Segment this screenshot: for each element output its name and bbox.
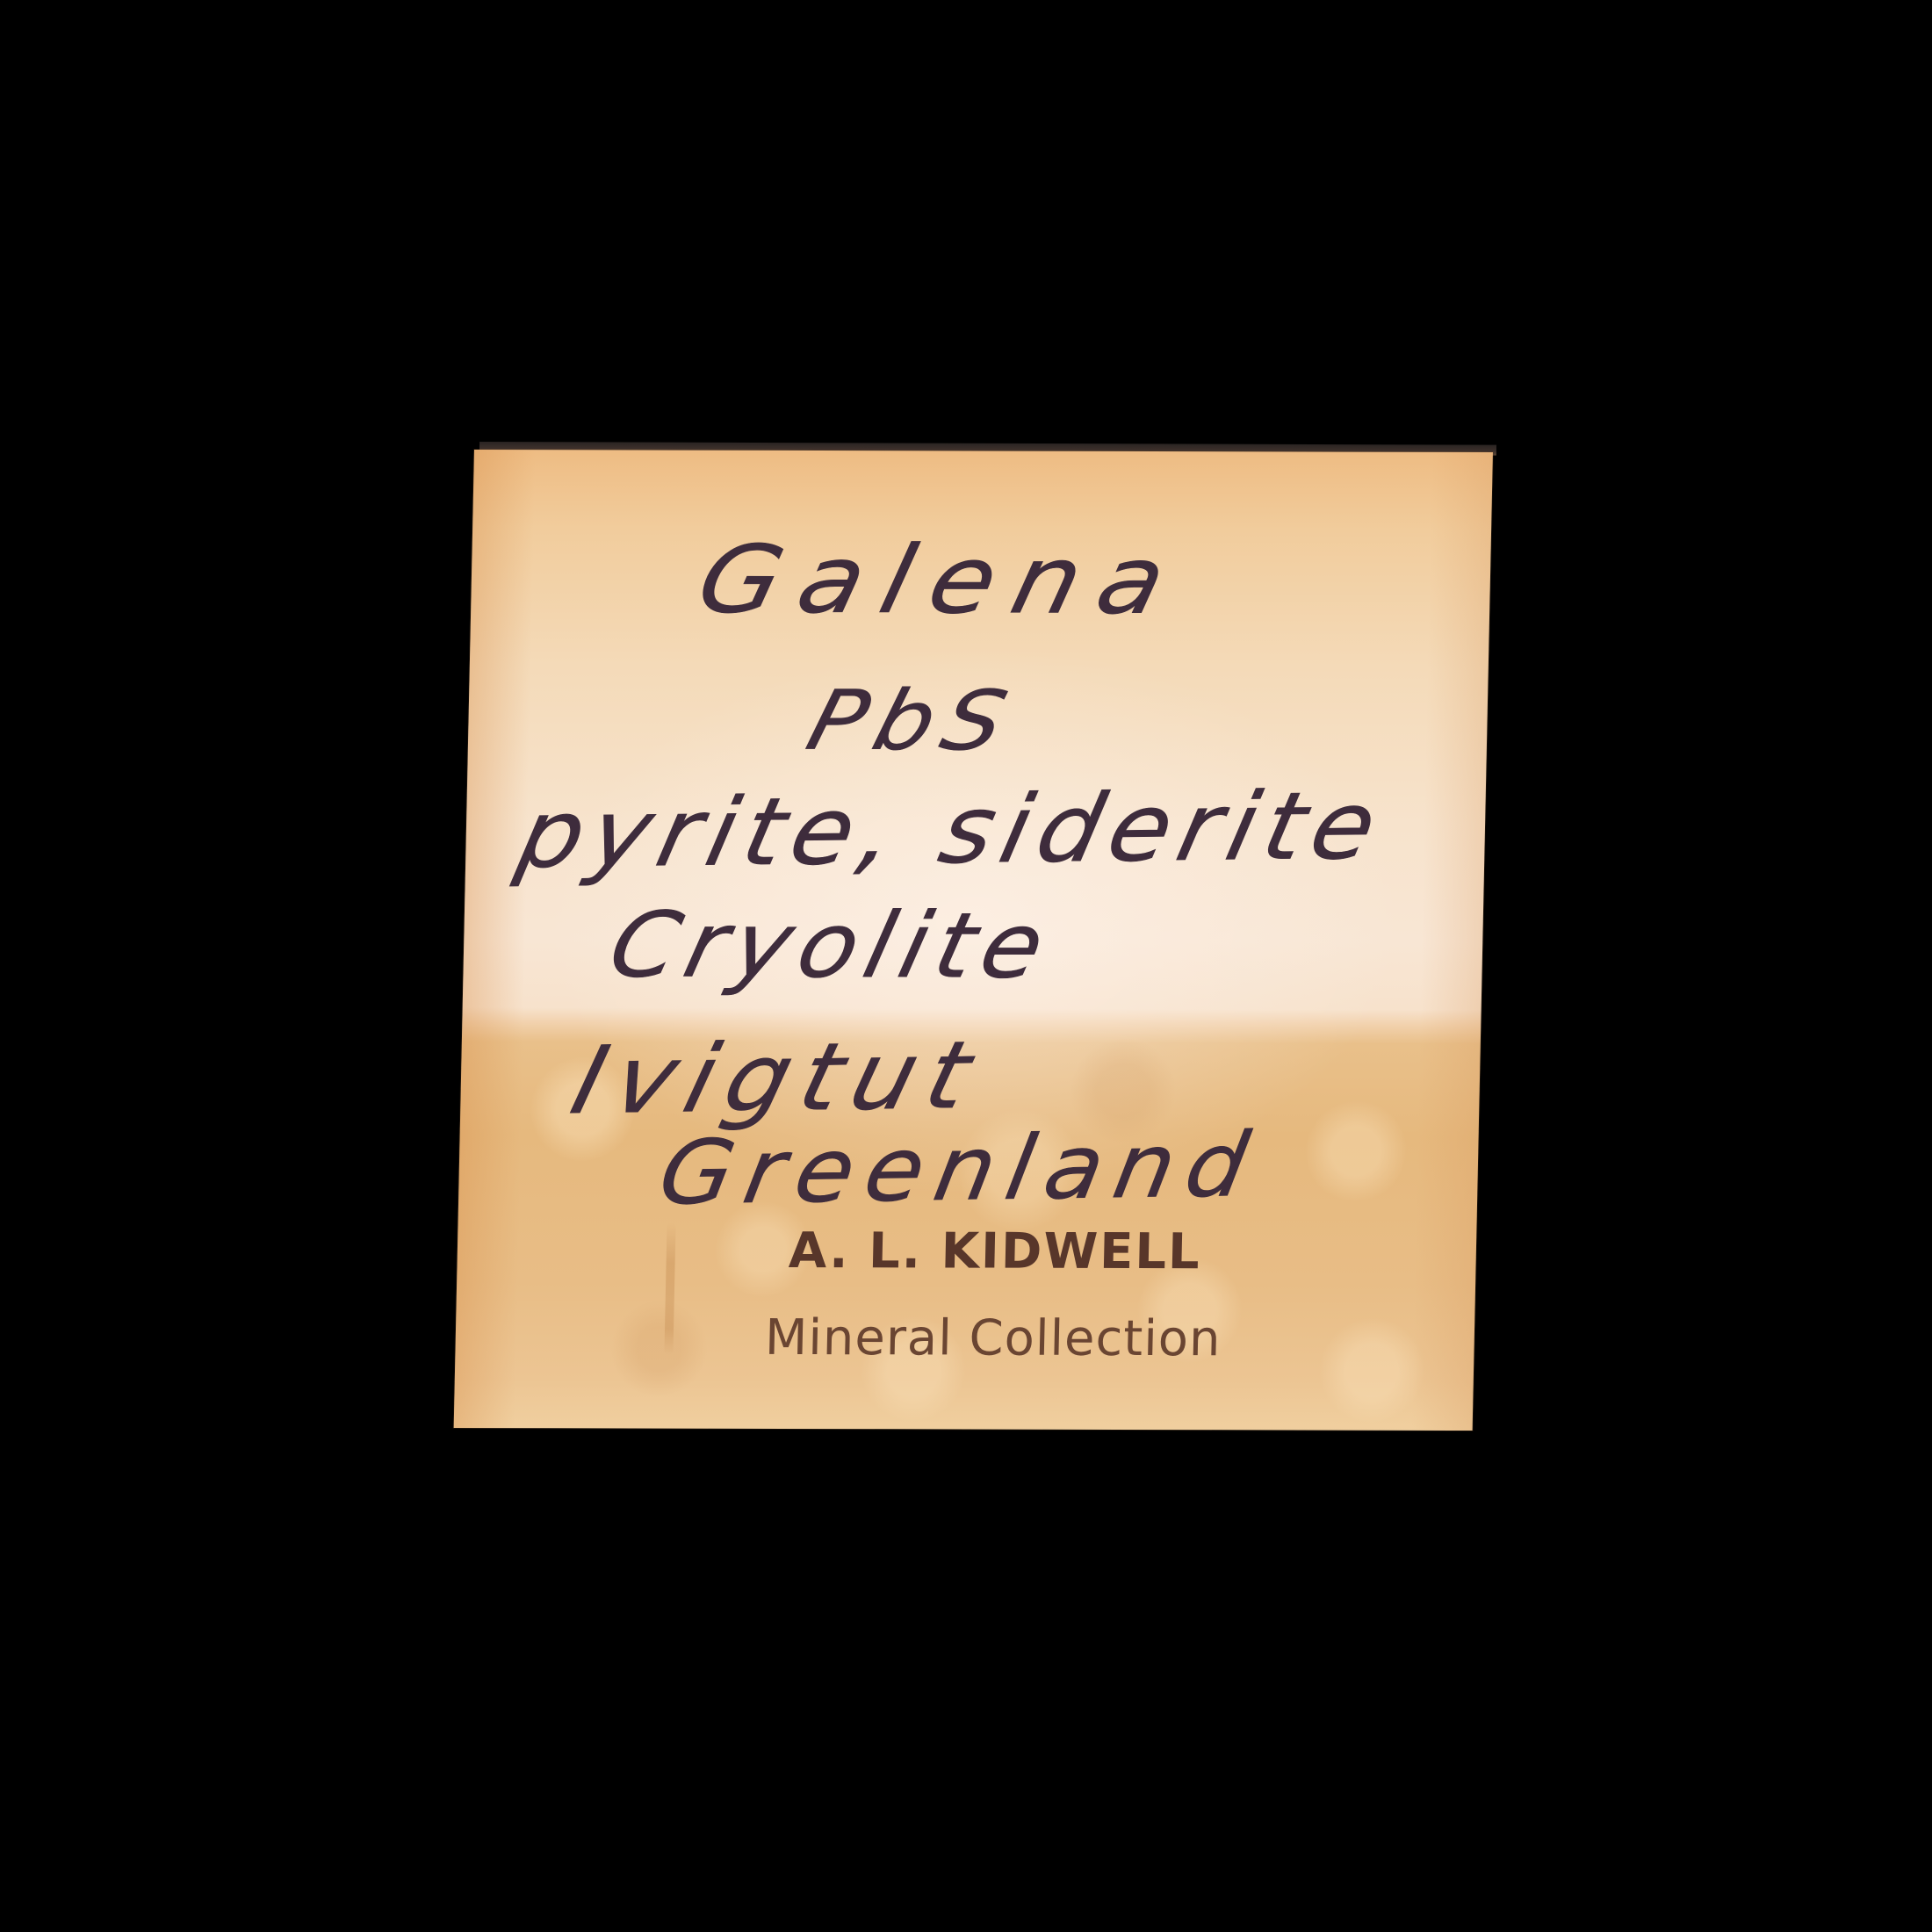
specimen-label: Galena PbS pyrite, siderite Cryolite Ivi…	[454, 450, 1493, 1431]
photo-background: Galena PbS pyrite, siderite Cryolite Ivi…	[0, 0, 1932, 1932]
handwritten-associated-mineral-2: Cryolite	[602, 901, 1061, 992]
printed-collector-name: A. L. KIDWELL	[485, 1226, 1493, 1278]
printed-collection-title: Mineral Collection	[483, 1313, 1493, 1365]
handwritten-mineral-name: Galena	[690, 533, 1193, 628]
handwritten-locality: Ivigtut	[564, 1029, 991, 1128]
handwritten-associated-minerals: pyrite, siderite	[511, 779, 1393, 882]
handwritten-country: Greenland	[653, 1121, 1266, 1217]
handwritten-chemical-formula: PbS	[800, 679, 1025, 761]
